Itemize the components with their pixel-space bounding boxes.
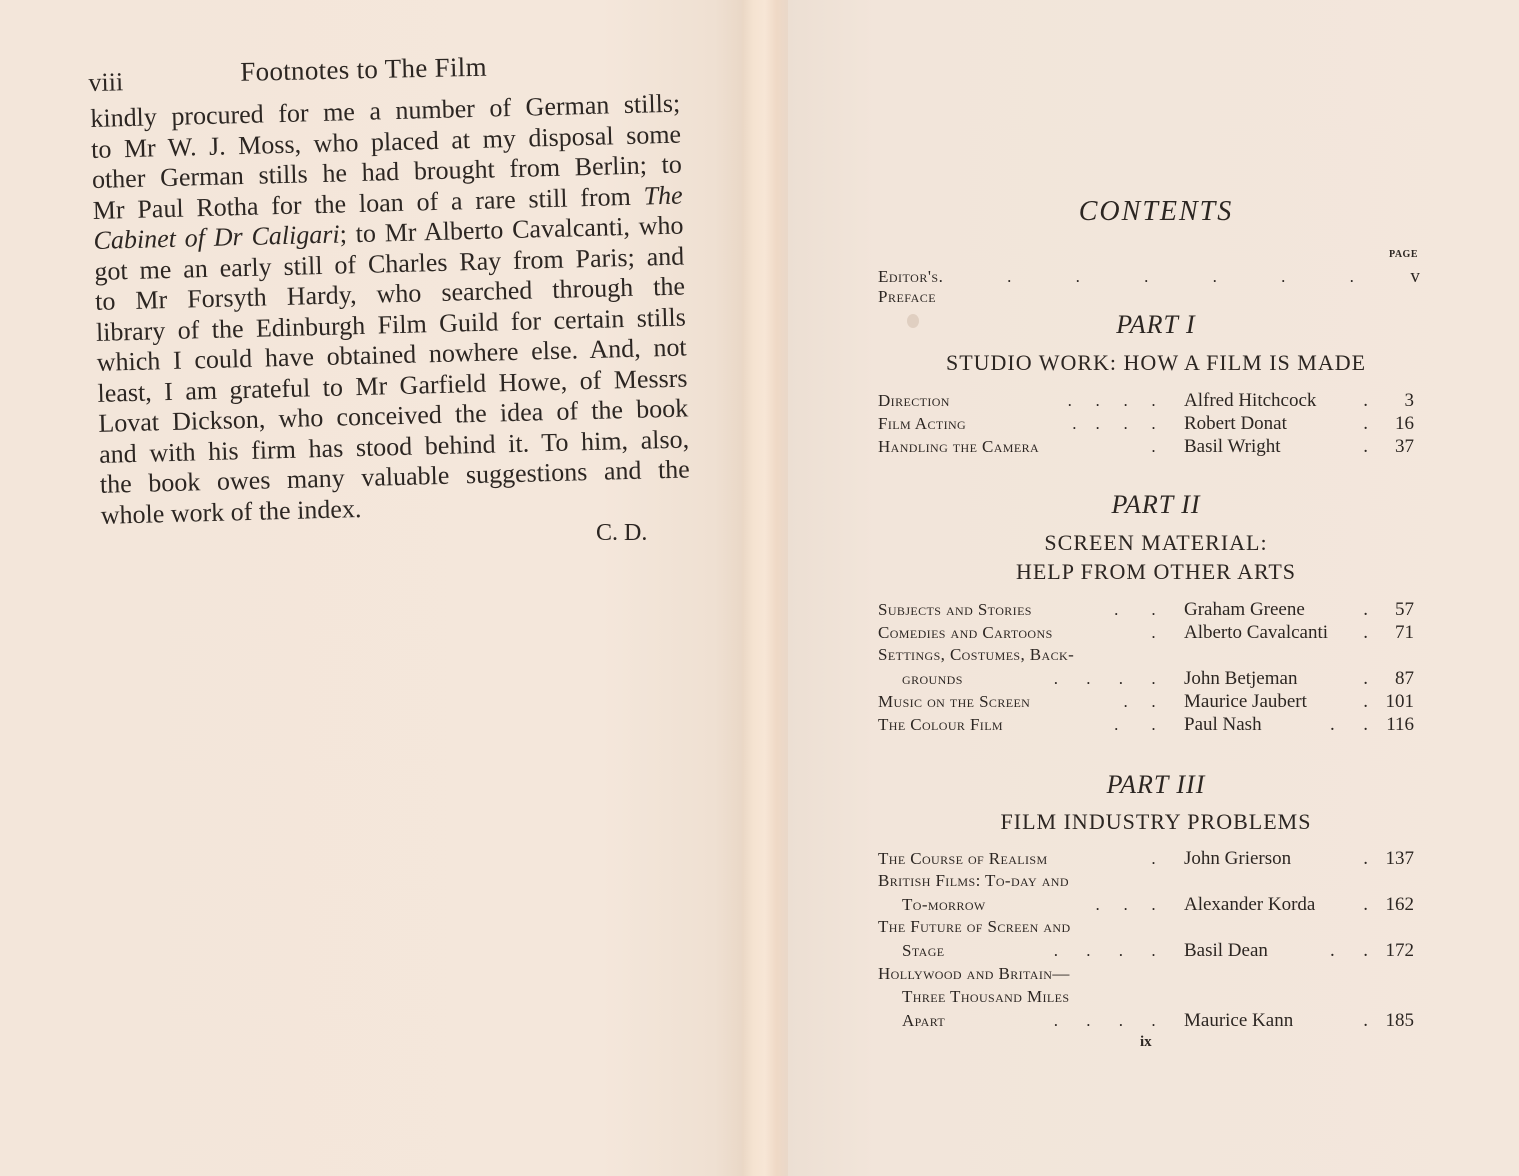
toc-title-text: Settings, Costumes, Back- — [878, 645, 1074, 665]
toc-title: The Course of Realism. — [878, 849, 1156, 869]
toc-entry-continued[interactable]: Stage. . . . Basil Dean. . 172 — [878, 940, 1414, 962]
toc-entry[interactable]: Music on the Screen. . Maurice Jaubert. … — [878, 691, 1414, 713]
toc-author: Graham Greene. — [1156, 599, 1368, 621]
toc-title: Film Acting. . . . — [878, 414, 1156, 434]
toc-entry-continued[interactable]: grounds. . . . John Betjeman. 87 — [878, 668, 1414, 690]
toc-author-text: John Grierson — [1184, 848, 1291, 870]
part-title: PART III — [878, 770, 1434, 800]
toc-title-text: Editor's Preface — [878, 267, 939, 307]
part-subtitle: STUDIO WORK: HOW A FILM IS MADE — [878, 350, 1434, 376]
toc-title: Three Thousand Miles — [878, 987, 1156, 1007]
toc-title: Apart. . . . — [878, 1011, 1156, 1031]
italic-title: The — [643, 180, 683, 210]
toc-title-text: Apart — [878, 1011, 945, 1031]
toc-author: John Betjeman. — [1156, 668, 1368, 690]
toc-page: 87 — [1368, 668, 1414, 690]
toc-author-text: Maurice Jaubert — [1184, 691, 1307, 713]
toc-page: 16 — [1368, 413, 1414, 435]
toc-author-text: Alberto Cavalcanti — [1184, 622, 1328, 644]
toc-author-text: Basil Dean — [1184, 940, 1268, 962]
toc-entry[interactable]: Comedies and Cartoons. Alberto Cavalcant… — [878, 622, 1414, 644]
toc-author: Alexander Korda. — [1156, 894, 1368, 916]
book-spread: viii Footnotes to The Film kindly procur… — [0, 0, 1519, 1176]
toc-page: 37 — [1368, 436, 1414, 458]
toc-author-text: John Betjeman — [1184, 668, 1297, 690]
toc-entry[interactable]: The Future of Screen and — [878, 917, 1414, 939]
toc-entry[interactable]: Hollywood and Britain— — [878, 964, 1414, 986]
left-folio: viii — [88, 67, 123, 98]
toc-author-text: Alexander Korda — [1184, 894, 1315, 916]
acknowledgements-text: kindly procured for me a number of Germa… — [90, 89, 691, 531]
toc-title: Editor's Preface. . . . . . . — [878, 267, 1396, 307]
part-subtitle: SCREEN MATERIAL: — [878, 530, 1434, 556]
toc-title-text: Subjects and Stories — [878, 600, 1032, 620]
toc-title-text: British Films: To-day and — [878, 871, 1069, 891]
part-title: PART II — [878, 490, 1434, 520]
toc-author: Basil Wright. — [1156, 436, 1368, 458]
toc-title: Comedies and Cartoons. — [878, 623, 1156, 643]
toc-title-text: To-morrow — [878, 895, 986, 915]
toc-title-text: Direction — [878, 391, 950, 411]
part-title: PART I — [878, 310, 1434, 340]
toc-author: Maurice Kann. — [1156, 1010, 1368, 1032]
toc-author-text: Basil Wright — [1184, 436, 1281, 458]
toc-entry[interactable]: Settings, Costumes, Back- — [878, 645, 1414, 667]
toc-entry-continued[interactable]: Apart. . . . Maurice Kann. 185 — [878, 1010, 1414, 1032]
toc-author: Alfred Hitchcock. — [1156, 390, 1368, 412]
running-head-title: Footnotes to The Film — [240, 52, 487, 88]
toc-title-text: The Colour Film — [878, 715, 1003, 735]
toc-entry[interactable]: Direction. . . . Alfred Hitchcock. 3 — [878, 390, 1414, 412]
toc-entry-preface[interactable]: Editor's Preface. . . . . . . v — [878, 266, 1414, 288]
toc-author-text: Alfred Hitchcock — [1184, 390, 1316, 412]
toc-title-text: Handling the Camera — [878, 437, 1039, 457]
toc-title: grounds. . . . — [878, 669, 1156, 689]
toc-author-text: Graham Greene — [1184, 599, 1305, 621]
toc-page: 185 — [1368, 1010, 1414, 1032]
toc-entry[interactable]: British Films: To-day and — [878, 871, 1414, 893]
italic-title: Cabinet of Dr Caligari — [93, 220, 340, 255]
toc-title-text: Comedies and Cartoons — [878, 623, 1053, 643]
toc-page: 116 — [1368, 714, 1414, 736]
toc-author: Robert Donat. — [1156, 413, 1368, 435]
toc-page: 137 — [1368, 848, 1414, 870]
toc-author: Alberto Cavalcanti. — [1156, 622, 1368, 644]
toc-title-text: grounds — [878, 669, 963, 689]
toc-entry[interactable]: Handling the Camera. Basil Wright. 37 — [878, 436, 1414, 458]
toc-page: 57 — [1368, 599, 1414, 621]
toc-title: British Films: To-day and — [878, 871, 1156, 891]
toc-entry[interactable]: The Colour Film. . Paul Nash. . 116 — [878, 714, 1414, 736]
book-gutter — [742, 0, 788, 1176]
toc-title: Direction. . . . — [878, 391, 1156, 411]
part-subtitle: FILM INDUSTRY PROBLEMS — [878, 809, 1434, 835]
toc-title: Music on the Screen. . — [878, 692, 1156, 712]
toc-title: Settings, Costumes, Back- — [878, 645, 1156, 665]
toc-title-text: The Future of Screen and — [878, 917, 1071, 937]
page-column-label: PAGE — [1389, 249, 1418, 260]
toc-page: 172 — [1368, 940, 1414, 962]
toc-author: John Grierson. — [1156, 848, 1368, 870]
toc-title: Stage. . . . — [878, 941, 1156, 961]
toc-entry[interactable]: Subjects and Stories. . Graham Greene. 5… — [878, 599, 1414, 621]
toc-title: Handling the Camera. — [878, 437, 1156, 457]
contents-heading: CONTENTS — [878, 196, 1434, 228]
toc-author: Basil Dean. . — [1156, 940, 1368, 962]
toc-title-text: Film Acting — [878, 414, 966, 434]
toc-author: Maurice Jaubert. — [1156, 691, 1368, 713]
toc-entry-continued[interactable]: To-morrow. . . Alexander Korda. 162 — [878, 894, 1414, 916]
toc-author-text: Maurice Kann — [1184, 1010, 1293, 1032]
signature-initials: C. D. — [596, 520, 647, 547]
toc-page: 3 — [1368, 390, 1414, 412]
toc-title-text: Hollywood and Britain— — [878, 964, 1070, 984]
toc-title-text: Music on the Screen — [878, 692, 1030, 712]
toc-title: To-morrow. . . — [878, 895, 1156, 915]
toc-title-text: The Course of Realism — [878, 849, 1048, 869]
toc-title: The Colour Film. . — [878, 715, 1156, 735]
toc-author: Paul Nash. . — [1156, 714, 1368, 736]
toc-page: 71 — [1368, 622, 1414, 644]
toc-entry-continued: Three Thousand Miles — [878, 987, 1414, 1009]
toc-entry[interactable]: Film Acting. . . . Robert Donat. 16 — [878, 413, 1414, 435]
toc-author-text: Robert Donat — [1184, 413, 1287, 435]
toc-page: 162 — [1368, 894, 1414, 916]
right-folio: ix — [1140, 1034, 1152, 1051]
toc-page: 101 — [1368, 691, 1414, 713]
toc-entry[interactable]: The Course of Realism. John Grierson. 13… — [878, 848, 1414, 870]
toc-title-text: Three Thousand Miles — [878, 987, 1069, 1007]
toc-title: Hollywood and Britain— — [878, 964, 1156, 984]
toc-page: v — [1396, 266, 1420, 288]
toc-title: The Future of Screen and — [878, 917, 1156, 937]
part-subtitle: HELP FROM OTHER ARTS — [878, 559, 1434, 585]
toc-title: Subjects and Stories. . — [878, 600, 1156, 620]
toc-author-text: Paul Nash — [1184, 714, 1262, 736]
toc-title-text: Stage — [878, 941, 945, 961]
